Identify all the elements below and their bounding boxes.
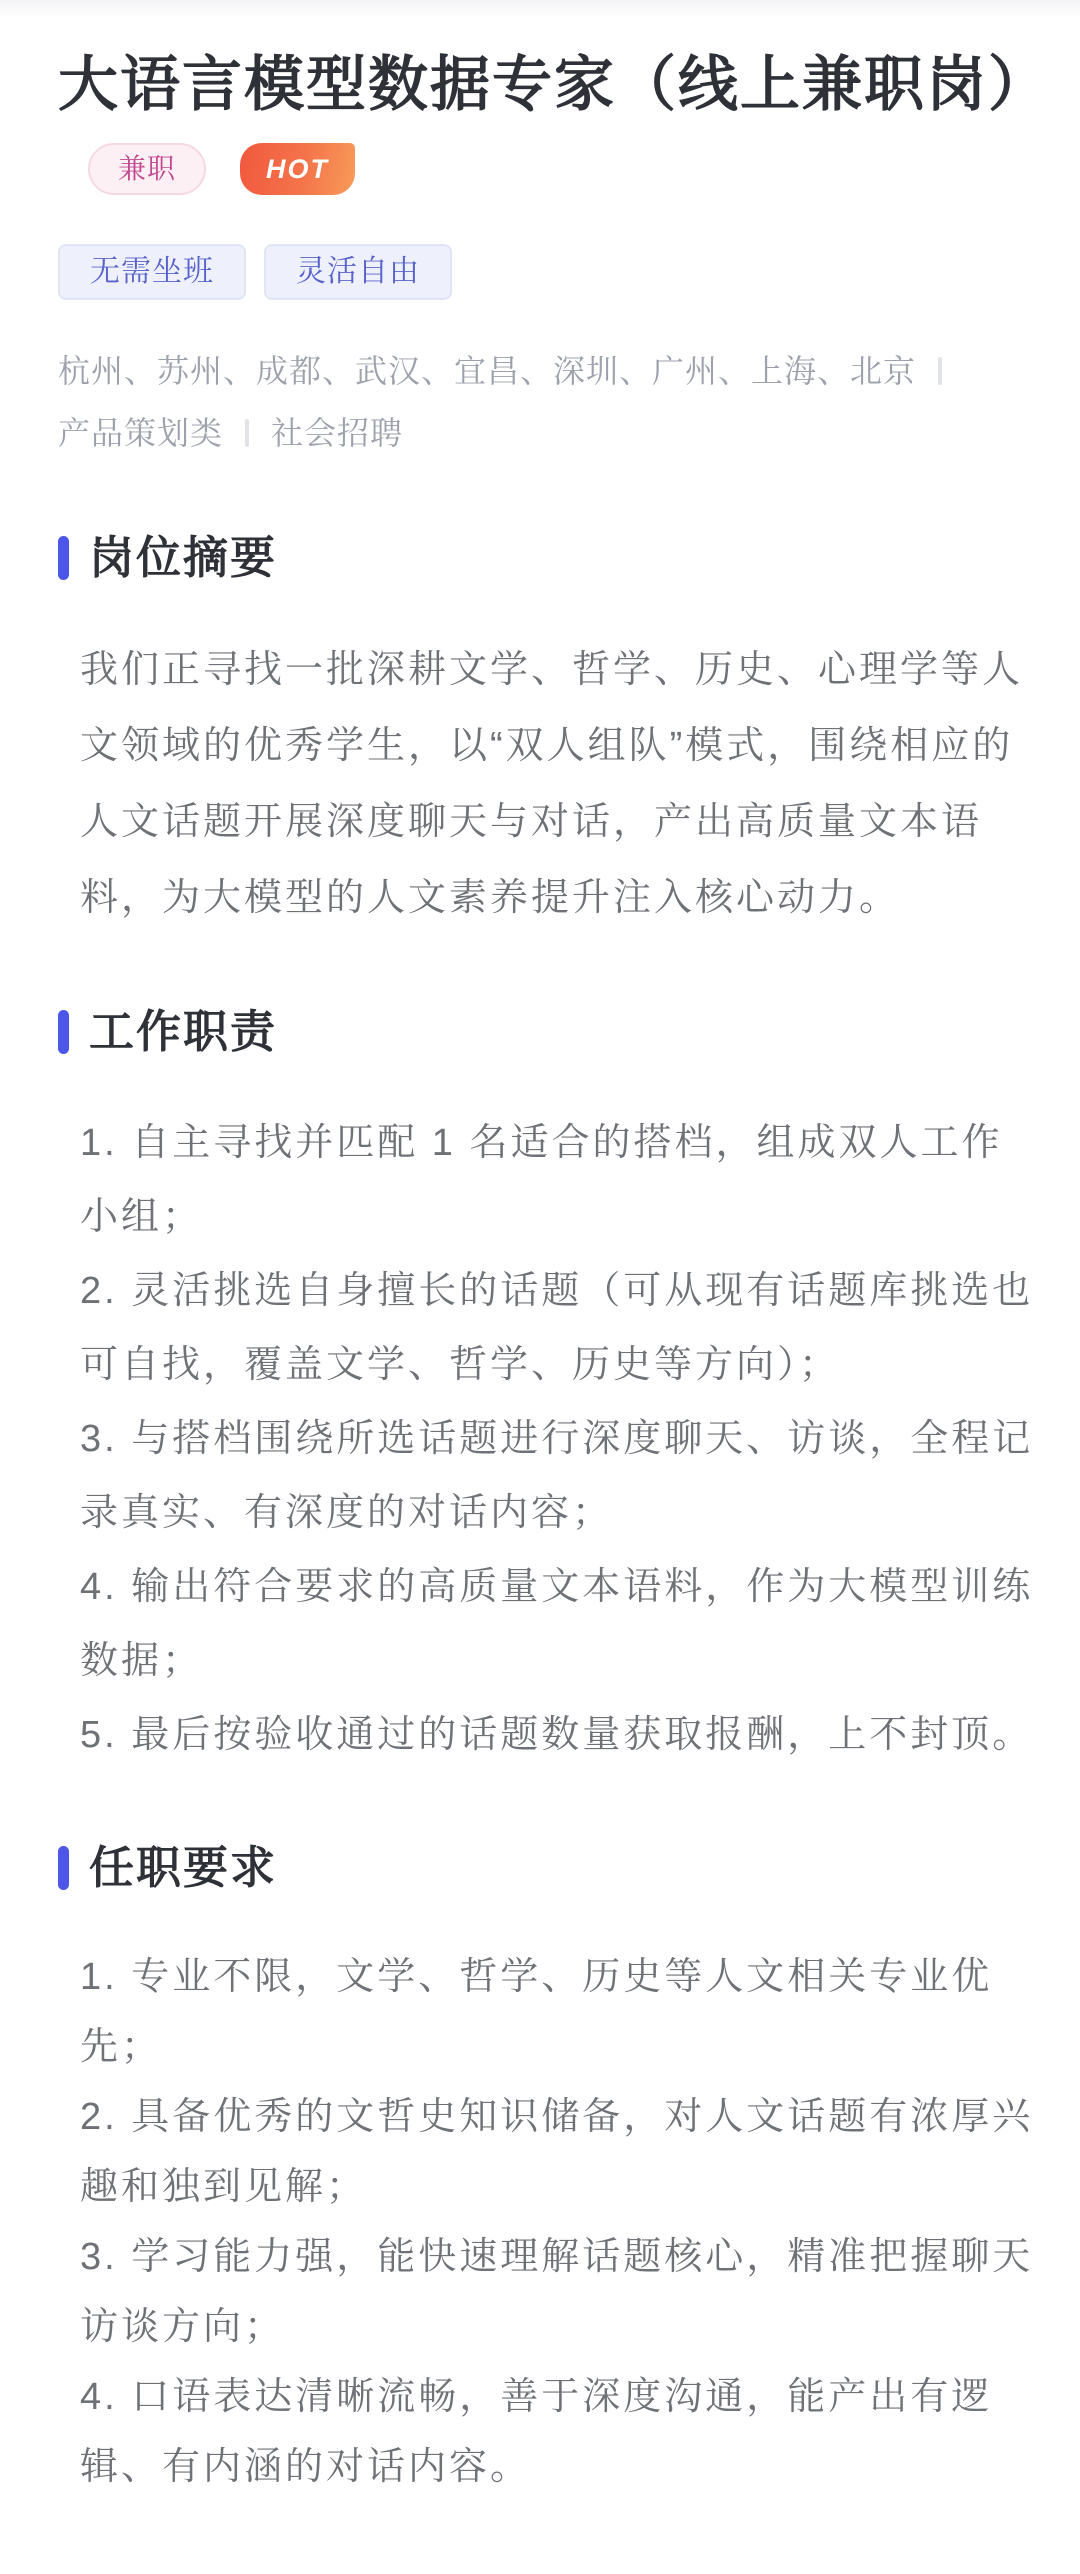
section-header: 岗位摘要 xyxy=(58,532,1036,584)
list-item: 4. 输出符合要求的高质量文本语料，作为大模型训练数据； xyxy=(80,1550,1036,1698)
section-body: 1. 专业不限，文学、哲学、历史等人文相关专业优先； 2. 具备优秀的文哲史知识… xyxy=(58,1942,1036,2502)
job-content: 大语言模型数据专家（线上兼职岗）兼职HOT 无需坐班 灵活自由 杭州、苏州、成都… xyxy=(0,16,1080,2502)
recruit-type: 社会招聘 xyxy=(271,404,403,462)
section-responsibilities: 工作职责 1. 自主寻找并匹配 1 名适合的搭档，组成双人工作小组； 2. 灵活… xyxy=(58,1006,1036,1772)
accent-bar xyxy=(58,1010,69,1054)
job-title-text: 大语言模型数据专家（线上兼职岗） xyxy=(58,51,1050,118)
list-item: 5. 最后按验收通过的话题数量获取报酬，上不封顶。 xyxy=(80,1698,1036,1772)
page-title: 大语言模型数据专家（线上兼职岗）兼职HOT xyxy=(58,42,1036,214)
section-body: 1. 自主寻找并匹配 1 名适合的搭档，组成双人工作小组； 2. 灵活挑选自身擅… xyxy=(58,1106,1036,1772)
job-category: 产品策划类 xyxy=(58,404,223,462)
paragraph: 我们正寻找一批深耕文学、哲学、历史、心理学等人文领域的优秀学生，以“双人组队”模… xyxy=(80,632,1036,936)
list-item: 3. 与搭档围绕所选话题进行深度聊天、访谈，全程记录真实、有深度的对话内容； xyxy=(80,1402,1036,1550)
list-item: 4. 口语表达清晰流畅，善于深度沟通，能产出有逻辑、有内涵的对话内容。 xyxy=(80,2362,1036,2502)
section-header: 工作职责 xyxy=(58,1006,1036,1058)
section-job-summary: 岗位摘要 我们正寻找一批深耕文学、哲学、历史、心理学等人文领域的优秀学生，以“双… xyxy=(58,532,1036,936)
meta-divider xyxy=(938,357,942,385)
meta-divider xyxy=(245,419,249,447)
section-title: 任职要求 xyxy=(89,1842,277,1894)
section-body: 我们正寻找一批深耕文学、哲学、历史、心理学等人文领域的优秀学生，以“双人组队”模… xyxy=(58,632,1036,936)
tag-no-office: 无需坐班 xyxy=(58,244,246,300)
tag-row: 无需坐班 灵活自由 xyxy=(58,244,1036,300)
section-title: 岗位摘要 xyxy=(89,532,277,584)
hot-badge: HOT xyxy=(240,143,355,195)
accent-bar xyxy=(58,1846,69,1890)
section-title: 工作职责 xyxy=(89,1006,277,1058)
job-locations: 杭州、苏州、成都、武汉、宜昌、深圳、广州、上海、北京 xyxy=(58,342,916,400)
section-header: 任职要求 xyxy=(58,1842,1036,1894)
list-item: 1. 自主寻找并匹配 1 名适合的搭档，组成双人工作小组； xyxy=(80,1106,1036,1254)
list-item: 2. 灵活挑选自身擅长的话题（可从现有话题库挑选也可自找，覆盖文学、哲学、历史等… xyxy=(80,1254,1036,1402)
list-item: 1. 专业不限，文学、哲学、历史等人文相关专业优先； xyxy=(80,1942,1036,2082)
tag-flexible: 灵活自由 xyxy=(264,244,452,300)
job-meta: 杭州、苏州、成都、武汉、宜昌、深圳、广州、上海、北京 产品策划类 社会招聘 xyxy=(58,342,1036,462)
job-detail-page: 大语言模型数据专家（线上兼职岗）兼职HOT 无需坐班 灵活自由 杭州、苏州、成都… xyxy=(0,0,1080,2574)
section-requirements: 任职要求 1. 专业不限，文学、哲学、历史等人文相关专业优先； 2. 具备优秀的… xyxy=(58,1842,1036,2502)
parttime-badge: 兼职 xyxy=(88,143,206,195)
accent-bar xyxy=(58,536,69,580)
list-item: 2. 具备优秀的文哲史知识储备，对人文话题有浓厚兴趣和独到见解； xyxy=(80,2082,1036,2222)
top-strip xyxy=(0,0,1080,16)
list-item: 3. 学习能力强，能快速理解话题核心，精准把握聊天访谈方向； xyxy=(80,2222,1036,2362)
